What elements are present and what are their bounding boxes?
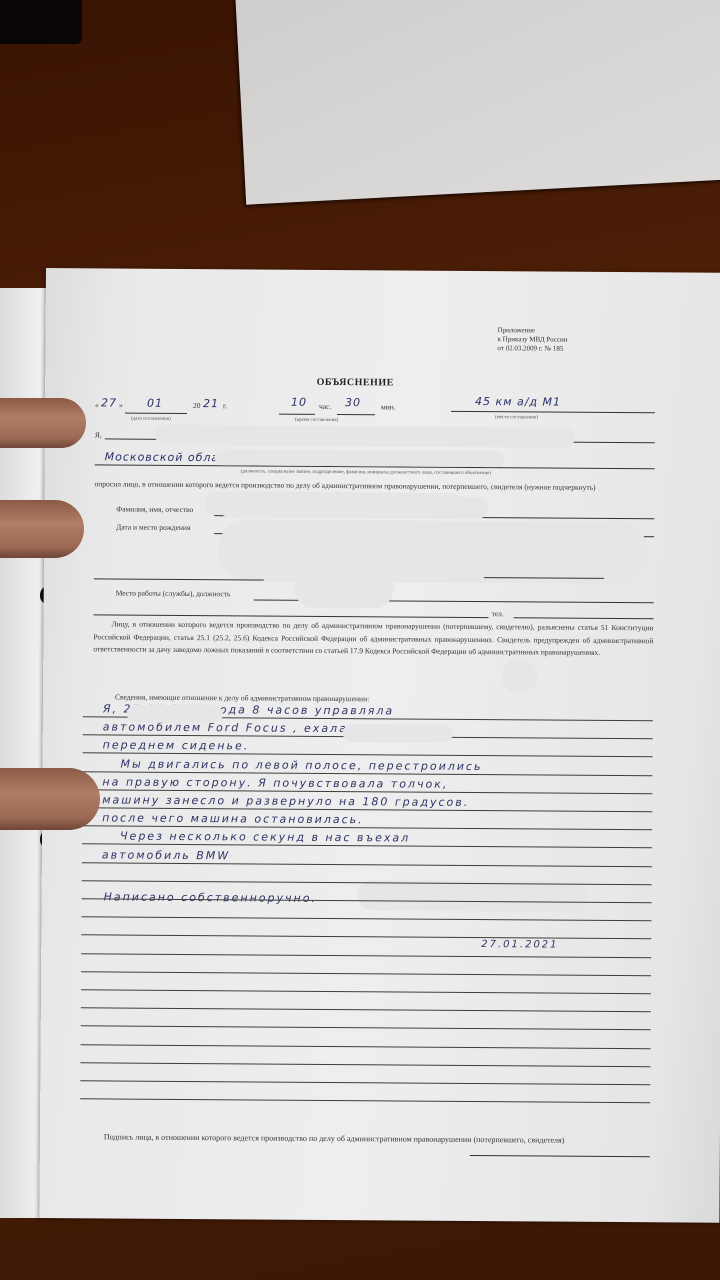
explanation-form: Приложение к Приказу МВД России от 02.03… [39, 268, 720, 1223]
redacted-name [127, 705, 223, 724]
redacted-work [294, 568, 394, 609]
phone-corner [0, 0, 82, 44]
ruled-line [81, 971, 651, 976]
ruled-line [81, 935, 651, 940]
redacted-name [343, 724, 453, 743]
ruled-line [81, 989, 651, 994]
officer-row: Я, Московской области [95, 426, 655, 470]
time-hour: 10 [291, 396, 307, 409]
statement-line: после чего машина остановилась. [102, 812, 364, 827]
date-month: 01 [147, 397, 163, 410]
redacted-stamp [501, 659, 537, 693]
redacted-fio [218, 495, 488, 519]
info-label: Сведения, имеющие отношение к делу об ад… [93, 692, 653, 696]
ruled-line [80, 1062, 650, 1067]
date-year: 21 [203, 397, 219, 410]
time-minute: 30 [345, 396, 361, 409]
rights-explanation: Лицу, в отношении которого ведется произ… [93, 618, 653, 659]
statement-line: машину занесло и развернуло на 180 граду… [102, 793, 469, 809]
ruled-line [81, 953, 651, 958]
ruled-line [81, 1044, 651, 1049]
form-annex-note: Приложение к Приказу МВД России от 02.03… [497, 326, 567, 353]
background-paper-sheet [235, 0, 720, 205]
statement-line: автомобилем Ford Focus , ехала на [103, 721, 372, 736]
statement-line: Через несколько секунд в нас въехал [120, 830, 410, 845]
birth-row: Дата и место рождения [94, 522, 654, 542]
place-value: 45 км а/д М1 [475, 395, 561, 409]
redacted-signature [358, 880, 588, 912]
ruled-line [81, 916, 651, 921]
statement-line: переднем сиденье. [103, 739, 250, 753]
ruled-line [81, 1007, 651, 1012]
statement-area [46, 268, 720, 273]
statement-line: Мы двигались по левой полосе, перестроил… [120, 757, 482, 773]
redacted-birth [218, 519, 648, 584]
ruled-line [81, 1026, 651, 1031]
ruled-line [80, 1080, 650, 1085]
ruled-line [80, 1098, 650, 1103]
redacted-officer-name [155, 425, 575, 448]
signature-date: 27.01.2021 [481, 939, 558, 951]
form-title: ОБЪЯСНЕНИЕ [45, 375, 665, 390]
date-day: 27 [101, 396, 117, 409]
finger [0, 500, 84, 558]
statement-line: автомобиль BMW [102, 848, 230, 862]
signature-footer: Подпись лица, в отношении которого ведет… [86, 1130, 650, 1148]
officer-caption: (должность, специальное звание, подразде… [241, 469, 541, 476]
redacted-officer-unit [215, 449, 505, 467]
statement-line: на правую сторону. Я почувствовала толчо… [102, 775, 448, 790]
finger [0, 768, 100, 830]
ruled-line [82, 862, 652, 867]
finger [0, 398, 86, 448]
date-time-place-row: « 27 » 01 20 21 г. (дата составления) 10… [95, 396, 655, 422]
